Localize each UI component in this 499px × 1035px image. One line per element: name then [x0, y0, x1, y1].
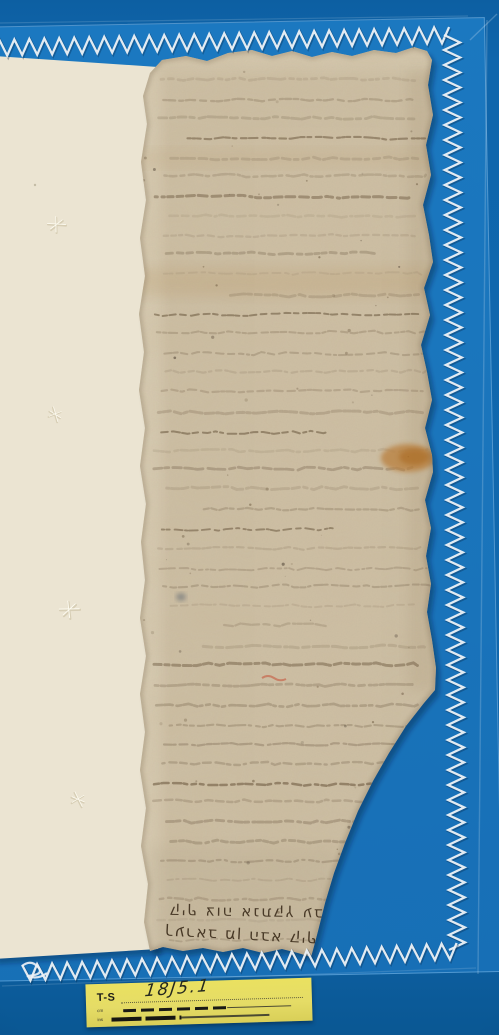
speck	[408, 647, 409, 648]
speck	[317, 686, 319, 688]
paper-grain	[132, 42, 440, 964]
speck	[249, 503, 251, 505]
speck	[344, 725, 347, 728]
speck	[337, 849, 338, 850]
speck	[401, 692, 404, 695]
speck	[306, 180, 308, 182]
speck	[227, 474, 228, 475]
speck	[179, 650, 182, 653]
speck	[318, 256, 320, 258]
speck	[243, 71, 245, 73]
speck	[371, 394, 372, 395]
speck	[232, 145, 233, 146]
speck	[375, 305, 376, 306]
speck	[362, 173, 364, 175]
speck	[195, 780, 197, 782]
speck	[187, 543, 190, 546]
speck	[144, 157, 147, 160]
speck	[189, 573, 191, 575]
scale-unit-cm: cm	[97, 1009, 104, 1014]
speck	[143, 619, 145, 621]
speck	[159, 722, 162, 725]
speck	[398, 266, 400, 268]
orange-stain-core	[399, 449, 429, 465]
scale-bar-ins	[111, 1016, 181, 1022]
speck	[247, 861, 250, 864]
speck	[410, 130, 412, 132]
speck	[153, 168, 156, 171]
speck	[432, 613, 435, 616]
sheet-speck	[34, 184, 36, 186]
marginal-inscription-line-1: קיף צוה אנתקץ עב	[167, 903, 323, 924]
speck	[301, 741, 304, 744]
speck	[345, 352, 348, 355]
speck	[166, 559, 167, 560]
speck	[252, 780, 255, 783]
speck	[360, 240, 361, 241]
speck	[351, 901, 354, 904]
right-stitching-line	[444, 35, 465, 950]
speck	[361, 869, 362, 870]
dark-blot	[176, 593, 186, 601]
scale-bar-cm	[123, 1006, 227, 1012]
speck	[402, 892, 405, 895]
photo-backdrop: קיף צוה אנתקץ עב ךעראב מן הבא קיף T-S 18…	[0, 0, 499, 1035]
shelfmark-prefix: T-S	[97, 992, 116, 1004]
speck	[184, 718, 187, 721]
shelfmark-label: T-S 18J5.1 cm ins	[85, 978, 312, 1028]
speck	[372, 721, 374, 723]
speck	[348, 329, 351, 332]
speck	[215, 284, 217, 286]
speck	[277, 204, 279, 206]
photo-scene: קיף צוה אנתקץ עב ךעראב מן הבא קיף	[0, 0, 499, 1035]
speck	[354, 786, 356, 788]
speck	[282, 563, 285, 566]
speck	[182, 535, 185, 538]
speck	[296, 388, 298, 390]
speck	[395, 634, 398, 637]
speck	[381, 846, 382, 847]
speck	[229, 194, 230, 195]
backing-sheet	[0, 56, 158, 959]
speck	[245, 398, 248, 401]
scale-unit-ins: ins	[97, 1018, 104, 1023]
speck	[406, 830, 409, 833]
shelfmark-dotted-line: 18J5.1	[120, 984, 303, 1003]
speck	[352, 401, 354, 403]
shelfmark-number: 18J5.1	[143, 978, 211, 1001]
speck	[276, 100, 279, 103]
speck	[332, 294, 335, 297]
speck	[203, 266, 205, 268]
speck	[416, 183, 418, 185]
speck	[321, 535, 322, 536]
speck	[285, 576, 286, 577]
speck	[291, 563, 293, 565]
speck	[310, 620, 311, 621]
speck	[266, 488, 269, 491]
speck	[151, 631, 154, 634]
speck	[258, 193, 260, 195]
fragment-surface: קיף צוה אנתקץ עב ךעראב מן הבא קיף	[132, 42, 440, 964]
speck	[211, 336, 214, 339]
speck	[173, 356, 176, 359]
speck	[387, 297, 389, 299]
